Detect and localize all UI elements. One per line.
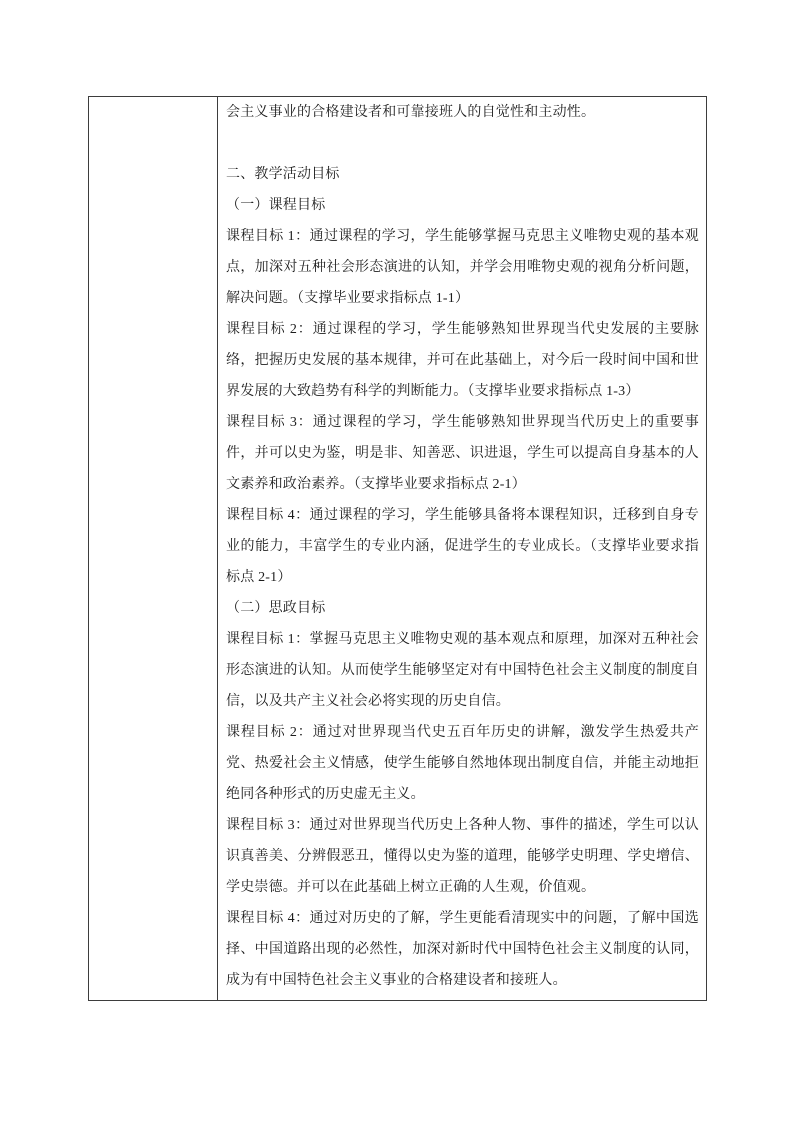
ideological-goal-1: 课程目标 1：掌握马克思主义唯物史观的基本观点和原理，加深对五种社会形态演进的认… — [226, 624, 699, 717]
course-goal-1: 课程目标 1：通过课程的学习，学生能够掌握马克思主义唯物史观的基本观点，加深对五… — [226, 221, 699, 314]
ideological-goal-2: 课程目标 2：通过对世界现当代史五百年历史的讲解，激发学生热爱共产党、热爱社会主… — [226, 717, 699, 810]
table-cell-label-empty — [89, 97, 218, 1000]
document-page: 会主义事业的合格建设者和可靠接班人的自觉性和主动性。 二、教学活动目标 （一）课… — [0, 0, 794, 1122]
blank-line — [226, 128, 699, 159]
subheading-ideological-goals: （二）思政目标 — [226, 593, 699, 624]
course-goal-4: 课程目标 4：通过课程的学习，学生能够具备将本课程知识，迁移到自身专业的能力，丰… — [226, 500, 699, 593]
ideological-goal-4: 课程目标 4：通过对历史的了解，学生更能看清现实中的问题，了解中国选择、中国道路… — [226, 903, 699, 996]
course-goal-2: 课程目标 2：通过课程的学习，学生能够熟知世界现当代史发展的主要脉络，把握历史发… — [226, 314, 699, 407]
course-goal-3: 课程目标 3：通过课程的学习，学生能够熟知世界现当代历史上的重要事件，并可以史为… — [226, 407, 699, 500]
syllabus-table: 会主义事业的合格建设者和可靠接班人的自觉性和主动性。 二、教学活动目标 （一）课… — [88, 96, 707, 1001]
ideological-goal-3: 课程目标 3：通过对世界现当代历史上各种人物、事件的描述，学生可以认识真善美、分… — [226, 810, 699, 903]
subheading-course-goals: （一）课程目标 — [226, 190, 699, 221]
table-cell-content: 会主义事业的合格建设者和可靠接班人的自觉性和主动性。 二、教学活动目标 （一）课… — [218, 97, 706, 1000]
paragraph-continuation: 会主义事业的合格建设者和可靠接班人的自觉性和主动性。 — [226, 97, 699, 128]
heading-teaching-activity-goals: 二、教学活动目标 — [226, 159, 699, 190]
